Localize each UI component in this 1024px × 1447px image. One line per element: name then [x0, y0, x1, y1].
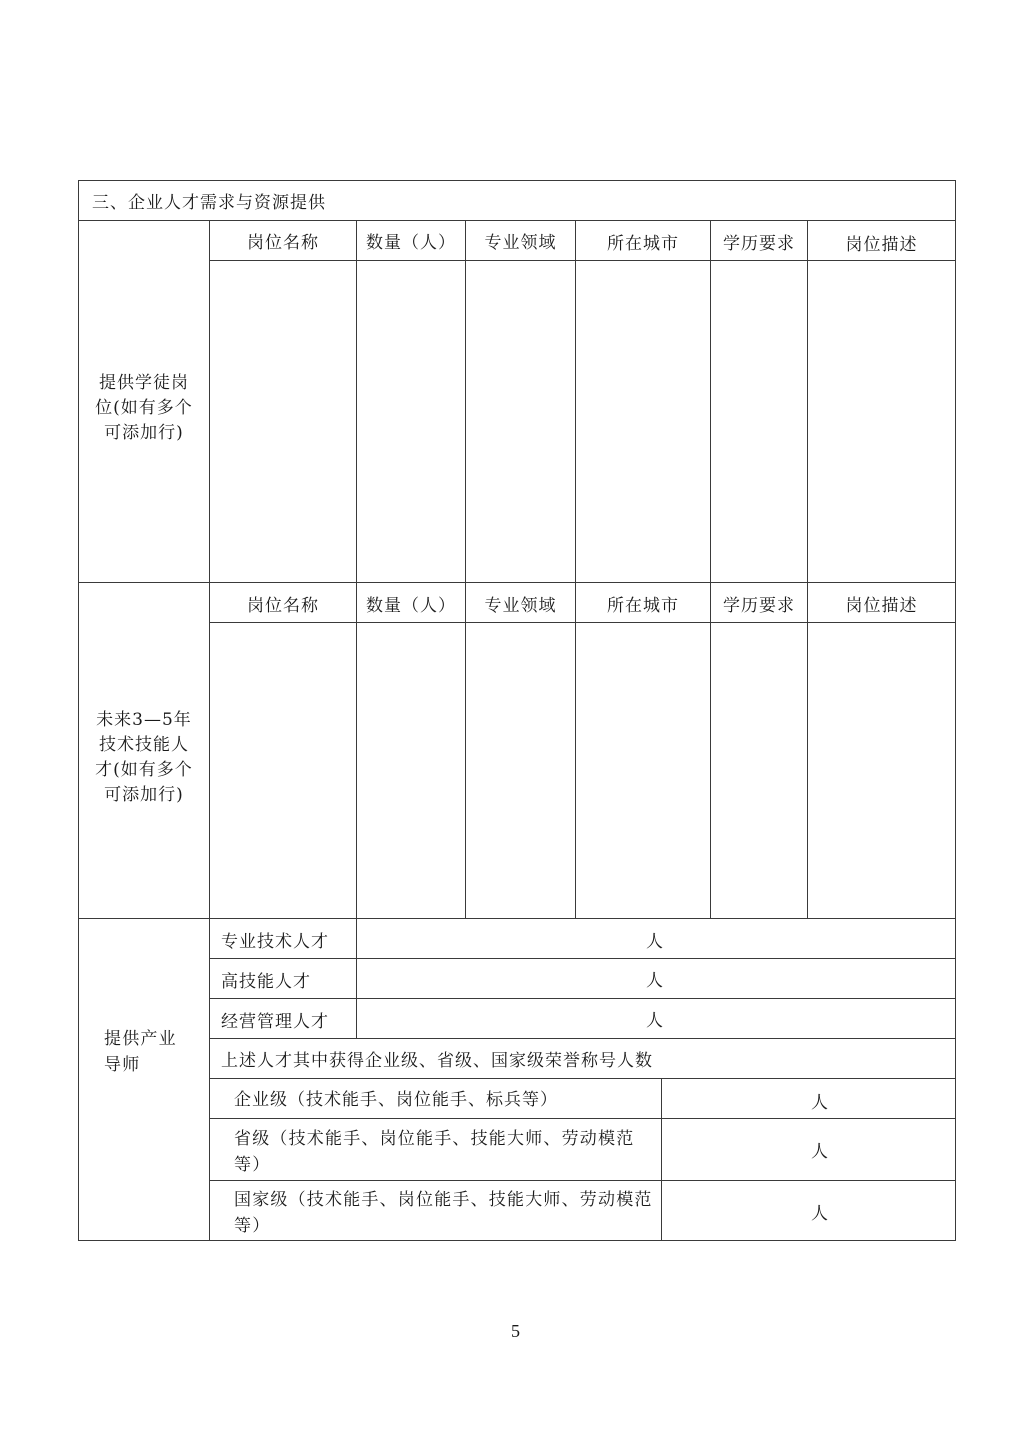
page-number: 5 [511, 1321, 520, 1342]
apprentice-position-input[interactable] [210, 261, 356, 582]
honors-enterprise-input[interactable] [662, 1079, 802, 1118]
honors-provincial-label: 省级（技术能手、岗位能手、技能大师、劳动模范等） [234, 1126, 660, 1178]
divider [209, 1118, 956, 1119]
future-city-input[interactable] [576, 623, 710, 918]
divider [209, 1038, 956, 1039]
apprentice-label: 提供学徒岗 位(如有多个 可添加行) [79, 371, 209, 446]
honors-enterprise-label: 企业级（技术能手、岗位能手、标兵等） [234, 1090, 558, 1110]
mentor-category-management: 经营管理人才 [221, 1012, 329, 1032]
mentor-management-input[interactable] [357, 999, 637, 1038]
divider [209, 1180, 956, 1181]
future-position-input[interactable] [210, 623, 356, 918]
unit-label: 人 [646, 1011, 664, 1031]
table-border-right [955, 180, 956, 1241]
col-header-description: 岗位描述 [808, 235, 955, 255]
col-header-quantity: 数量（人） [357, 233, 465, 253]
apprentice-field-input[interactable] [466, 261, 575, 582]
mentor-category-high-skill: 高技能人才 [221, 972, 311, 992]
mentor-label: 提供产业 导师 [104, 1026, 204, 1078]
col-header-education: 学历要求 [711, 234, 807, 254]
divider [78, 582, 956, 583]
mentor-technical-input[interactable] [357, 919, 637, 958]
col-header-field: 专业领域 [466, 596, 575, 616]
divider [209, 1078, 956, 1079]
col-header-city: 所在城市 [576, 596, 710, 616]
unit-label: 人 [646, 932, 664, 952]
unit-label: 人 [811, 1093, 829, 1113]
apprentice-quantity-input[interactable] [357, 261, 465, 582]
honors-provincial-input[interactable] [662, 1119, 802, 1180]
honors-title: 上述人才其中获得企业级、省级、国家级荣誉称号人数 [221, 1051, 653, 1071]
table-border-top [78, 180, 956, 181]
section-title: 三、企业人才需求与资源提供 [92, 193, 326, 213]
col-header-city: 所在城市 [576, 234, 710, 254]
mentor-category-technical: 专业技术人才 [221, 932, 329, 952]
honors-national-label: 国家级（技术能手、岗位能手、技能大师、劳动模范等） [234, 1187, 660, 1239]
col-header-field: 专业领域 [466, 233, 575, 253]
col-header-position: 岗位名称 [210, 233, 356, 253]
col-header-position: 岗位名称 [210, 596, 356, 616]
mentor-high-skill-input[interactable] [357, 959, 637, 998]
table-border-bottom [78, 1240, 956, 1241]
unit-label: 人 [811, 1142, 829, 1162]
future-field-input[interactable] [466, 623, 575, 918]
honors-national-input[interactable] [662, 1181, 802, 1240]
unit-label: 人 [646, 971, 664, 991]
future-talent-label: 未来3—5年 技术技能人 才(如有多个 可添加行) [79, 708, 209, 808]
apprentice-city-input[interactable] [576, 261, 710, 582]
apprentice-education-input[interactable] [711, 261, 807, 582]
col-header-description: 岗位描述 [808, 596, 955, 616]
apprentice-description-input[interactable] [808, 261, 955, 582]
future-quantity-input[interactable] [357, 623, 465, 918]
unit-label: 人 [811, 1204, 829, 1224]
future-description-input[interactable] [808, 623, 955, 918]
col-header-quantity: 数量（人） [357, 596, 465, 616]
future-education-input[interactable] [711, 623, 807, 918]
col-header-education: 学历要求 [711, 596, 807, 616]
